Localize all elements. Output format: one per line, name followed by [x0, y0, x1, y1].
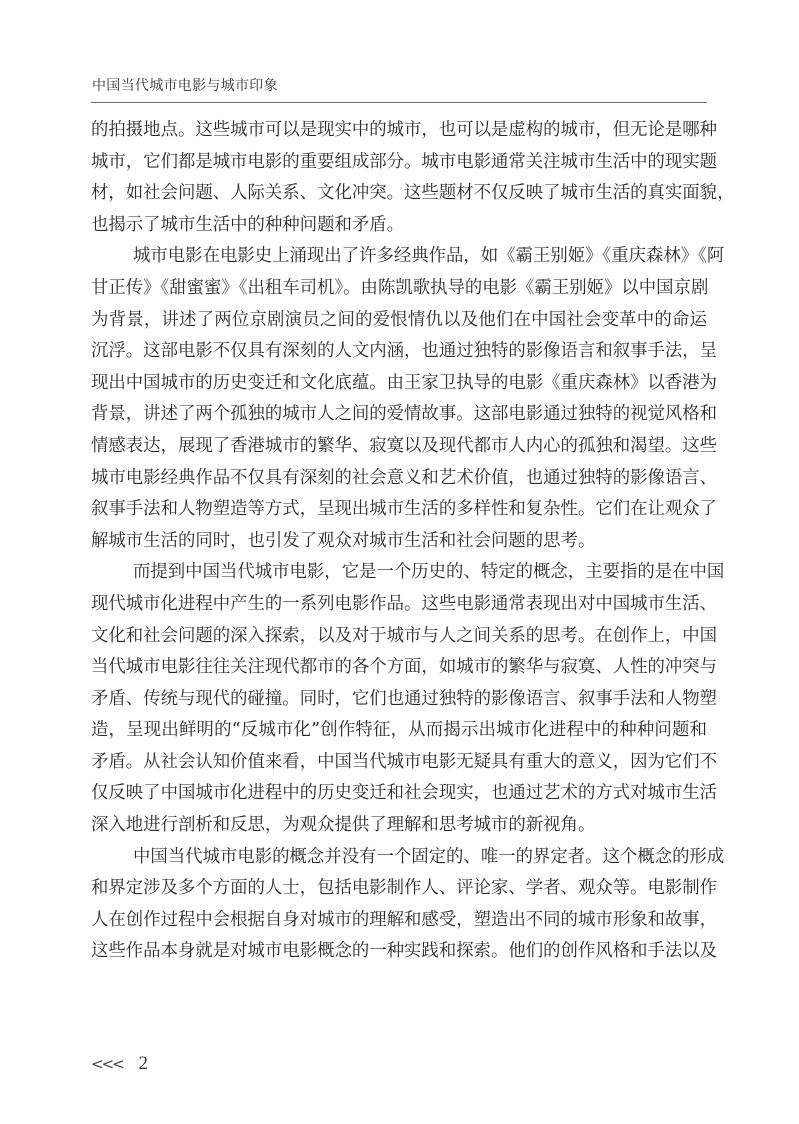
text-line: 现代城市化进程中产生的一系列电影作品。这些电影通常表现出对中国城市生活、	[91, 589, 707, 621]
text-line: 当代城市电影往往关注现代都市的各个方面，如城市的繁华与寂寞、人性的冲突与	[91, 652, 707, 684]
page-footer: <<< 2	[91, 1052, 148, 1076]
document-page: 中国当代城市电影与城市印象 的拍摄地点。这些城市可以是现实中的城市，也可以是虚构…	[0, 0, 799, 1124]
text-line: 文化和社会问题的深入探索，以及对于城市与人之间关系的思考。在创作上，中国	[91, 621, 707, 653]
text-line: 造，呈现出鲜明的“反城市化”创作特征，从而揭示出城市化进程中的种种问题和	[91, 715, 707, 747]
text-line: 和界定涉及多个方面的人士，包括电影制作人、评论家、学者、观众等。电影制作	[91, 873, 707, 905]
triple-chevron-left-icon: <<<	[91, 1055, 123, 1073]
text-line: 仅反映了中国城市化进程中的历史变迁和社会现实，也通过艺术的方式对城市生活	[91, 778, 707, 810]
text-line: 城市电影经典作品不仅具有深刻的社会意义和艺术价值，也通过独特的影像语言、	[91, 463, 707, 495]
text-line: 中国当代城市电影的概念并没有一个固定的、唯一的界定者。这个概念的形成	[91, 842, 707, 874]
paragraph: 城市电影在电影史上涌现出了许多经典作品，如《霸王别姬》《重庆森林》《阿 甘正传》…	[91, 241, 707, 557]
text-line: 矛盾。从社会认知价值来看，中国当代城市电影无疑具有重大的意义，因为它们不	[91, 747, 707, 779]
body-text: 的拍摄地点。这些城市可以是现实中的城市，也可以是虚构的城市，但无论是哪种 城市，…	[91, 115, 707, 968]
text-line: 背景，讲述了两个孤独的城市人之间的爱情故事。这部电影通过独特的视觉风格和	[91, 399, 707, 431]
text-line: 叙事手法和人物塑造等方式，呈现出城市生活的多样性和复杂性。它们在让观众了	[91, 494, 707, 526]
text-line: 解城市生活的同时，也引发了观众对城市生活和社会问题的思考。	[91, 526, 707, 558]
text-line: 甘正传》《甜蜜蜜》《出租车司机》。由陈凯歌执导的电影《霸王别姬》以中国京剧	[91, 273, 707, 305]
text-line: 深入地进行剖析和反思，为观众提供了理解和思考城市的新视角。	[91, 810, 707, 842]
page-number: 2	[138, 1053, 148, 1074]
paragraph: 中国当代城市电影的概念并没有一个固定的、唯一的界定者。这个概念的形成 和界定涉及…	[91, 842, 707, 968]
paragraph: 的拍摄地点。这些城市可以是现实中的城市，也可以是虚构的城市，但无论是哪种 城市，…	[91, 115, 707, 241]
text-line: 城市，它们都是城市电影的重要组成部分。城市电影通常关注城市生活中的现实题	[91, 147, 707, 179]
text-line: 矛盾、传统与现代的碰撞。同时，它们也通过独特的影像语言、叙事手法和人物塑	[91, 684, 707, 716]
header-divider	[91, 102, 707, 103]
text-line: 情感表达，展现了香港城市的繁华、寂寞以及现代都市人内心的孤独和渴望。这些	[91, 431, 707, 463]
text-line: 这些作品本身就是对城市电影概念的一种实践和探索。他们的创作风格和手法以及	[91, 936, 707, 968]
text-line: 为背景，讲述了两位京剧演员之间的爱恨情仇以及他们在中国社会变革中的命运	[91, 305, 707, 337]
text-line: 也揭示了城市生活中的种种问题和矛盾。	[91, 210, 707, 242]
text-line: 而提到中国当代城市电影，它是一个历史的、特定的概念，主要指的是在中国	[91, 557, 707, 589]
text-line: 现出中国城市的历史变迁和文化底蕴。由王家卫执导的电影《重庆森林》以香港为	[91, 368, 707, 400]
paragraph: 而提到中国当代城市电影，它是一个历史的、特定的概念，主要指的是在中国 现代城市化…	[91, 557, 707, 841]
text-line: 材，如社会问题、人际关系、文化冲突。这些题材不仅反映了城市生活的真实面貌，	[91, 178, 707, 210]
running-header-title: 中国当代城市电影与城市印象	[92, 76, 278, 96]
text-line: 的拍摄地点。这些城市可以是现实中的城市，也可以是虚构的城市，但无论是哪种	[91, 115, 707, 147]
text-line: 沉浮。这部电影不仅具有深刻的人文内涵，也通过独特的影像语言和叙事手法，呈	[91, 336, 707, 368]
text-line: 城市电影在电影史上涌现出了许多经典作品，如《霸王别姬》《重庆森林》《阿	[91, 241, 707, 273]
text-line: 人在创作过程中会根据自身对城市的理解和感受，塑造出不同的城市形象和故事，	[91, 905, 707, 937]
